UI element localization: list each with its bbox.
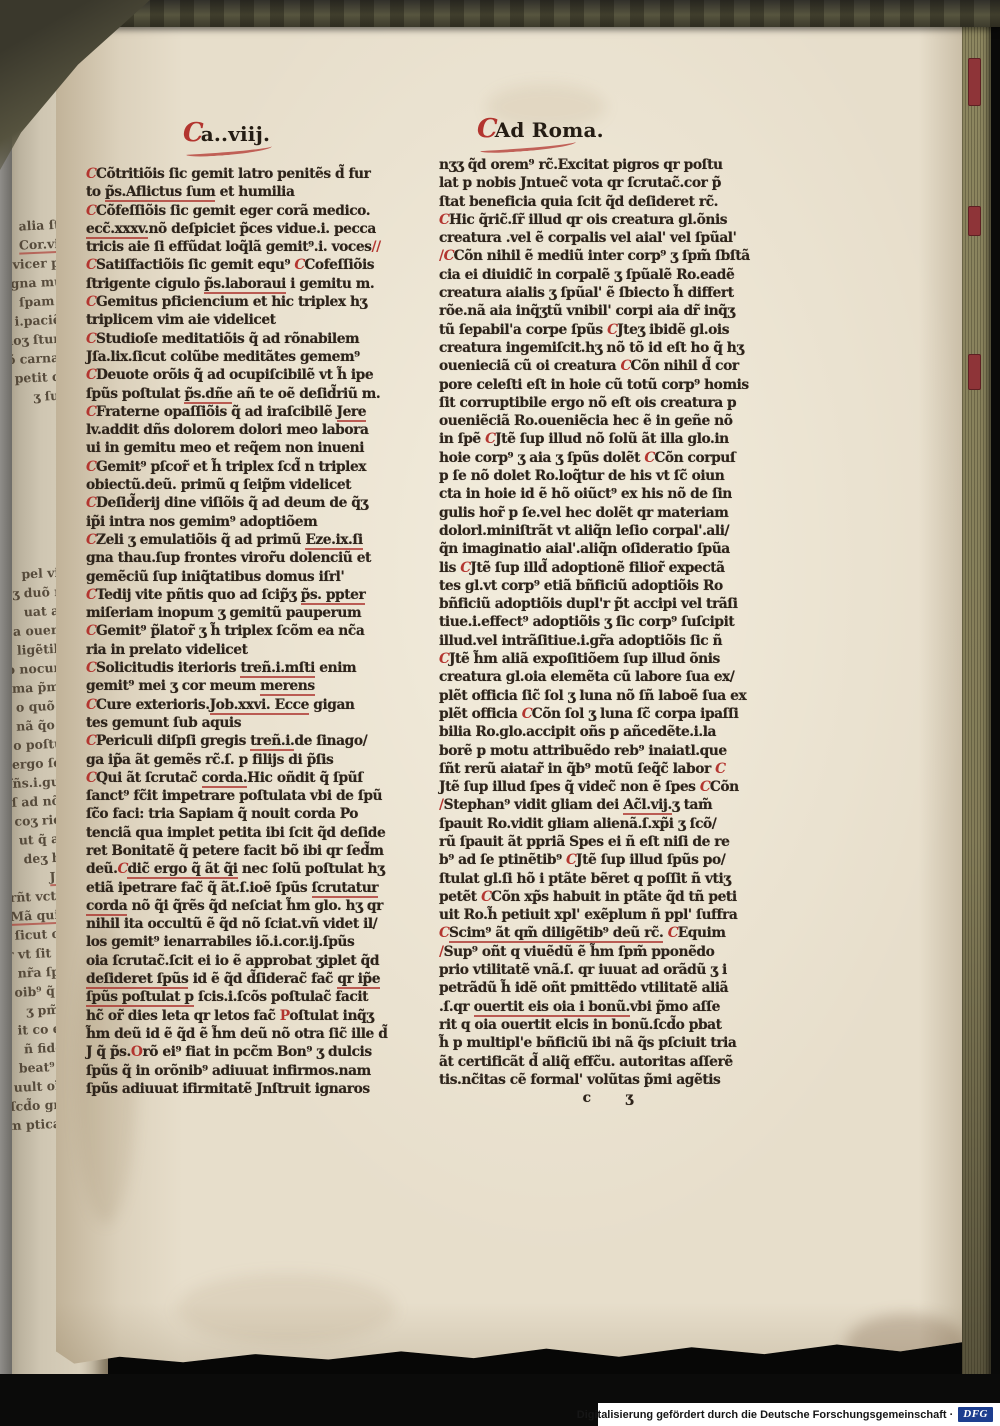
text-line: creatura ingemiſcit.hʒ nõ tõ id eſt ho q… <box>439 340 753 358</box>
text-line: miſeriam inopum ʒ gemitũ pauperum <box>86 605 400 623</box>
book-board-top-edge <box>0 0 1000 27</box>
text-line: CCõtritiõis ſic gemit latro penitẽs d̃ f… <box>86 166 400 184</box>
text-line: q̃n imaginatio aial'.aliq̃n oſideratio ſ… <box>439 541 753 559</box>
text-line: creatura aialis ʒ ſpũal' ẽ ſbiecto h̃ di… <box>439 285 753 303</box>
text-line: deſideret ſpũs id ẽ q̃d d̃ſiderac̃ fac̃ … <box>86 971 400 989</box>
text-line: rõe.nã aia inq̃ʒtũ vnibil' corpi aia dr̃… <box>439 303 753 321</box>
text-line: rit q oia ouertit elcis in bonũ.ſcd̃o pb… <box>439 1017 753 1035</box>
stain <box>846 1314 966 1374</box>
text-line: ret Bonitatẽ q̃ petere facit bõ ibi qr ſ… <box>86 843 400 861</box>
text-line: /Sup⁹ oñt q viuẽdũ ẽ h̃m ſpm̃ pponẽdo <box>439 944 753 962</box>
text-line: los gemit⁹ ienarrabiles iõ.i.cor.ij.ſpũs <box>86 934 400 952</box>
digitization-footer: Digitalisierung gefördert durch die Deut… <box>598 1403 1000 1426</box>
text-line: prio vtilitatẽ vnã.ſ. qr iuuat ad orãdũ … <box>439 962 753 980</box>
text-line: p ſe nõ dolet Ro.loq̃tur de his vt ſc̃ o… <box>439 468 753 486</box>
text-line: creatura .vel ẽ corpalis vel aial' vel ſ… <box>439 230 753 248</box>
text-line: oia ſcrutac̃.ſcit ei io ẽ approbat ʒiple… <box>86 953 400 971</box>
text-line: cia ei diuidic̃ in corpalẽ ʒ ſpũalẽ Ro.e… <box>439 267 753 285</box>
text-line: lv.addit dñs dolorem dolori meo labora <box>86 422 400 440</box>
text-column-left: CCõtritiõis ſic gemit latro penitẽs d̃ f… <box>86 166 400 1099</box>
red-index-tab <box>968 354 981 390</box>
text-line: CJtẽ h̃m aliã expoſitiõem ſup illud õnis <box>439 651 753 669</box>
text-line: uit Ro.h̃ petiuit xpl' exẽplum ñ ppl' ſu… <box>439 907 753 925</box>
text-line: ſtrigente cigulo p̃s.laboraui i gemitu m… <box>86 276 400 294</box>
text-line: CGemit⁹ pſcor̃ et h̃ triplex ſcd̃ n trip… <box>86 459 400 477</box>
text-line: rũ ſpauit ãt ppriã Spes ei ñ eſt niſi de… <box>439 834 753 852</box>
rubric-paraph-icon: C <box>477 114 496 144</box>
text-line: borẽ p motu attribuẽdo reb⁹ inaiatl.que <box>439 743 753 761</box>
text-line: bilia Ro.glo.accipit oñs p añcedẽte.i.la <box>439 724 753 742</box>
text-line: gemit⁹ mei ʒ cor meum merens <box>86 678 400 696</box>
text-line: petẽt CCõn xp̃s habuit in ptãte q̃d tñ p… <box>439 889 753 907</box>
text-line: Jſa.lix.ſicut colũbe meditãtes gemem⁹ <box>86 349 400 367</box>
red-index-tab <box>968 206 981 236</box>
text-line: CTedij vite pñtis quo ad ſcip̃ʒ p̃s. ppt… <box>86 587 400 605</box>
text-line: J q̃ p̃s.Orõ ei⁹ fiat in pcc̃m Bon⁹ ʒ du… <box>86 1044 400 1062</box>
text-line: /CCõn nihil ẽ mediũ inter corp⁹ ʒ ſpm̃ ſ… <box>439 248 753 266</box>
text-line: to p̃s.Aflictus ſum et humilia <box>86 184 400 202</box>
text-line: bñficiũ adoptiõis dupl'r p̃t accipi vel … <box>439 596 753 614</box>
text-line: CCõfeſſiõis ſic gemit eger corã medico. <box>86 203 400 221</box>
text-line: lis CJtẽ ſup illd̃ adoptionẽ filior̃ exp… <box>439 560 753 578</box>
text-line: ſpũs poſtulat p ſcis.i.ſcõs poſtulac̃ fa… <box>86 989 400 1007</box>
book-title: Ad Roma. <box>495 118 604 142</box>
text-line: /Stephan⁹ vidit gliam dei Ac̃l.vij.ʒ tam… <box>439 797 753 815</box>
text-line: dolorl.miniſtrãt vt aliq̃n leſio corpal'… <box>439 523 753 541</box>
text-line: ria in prelato videlicet <box>86 642 400 660</box>
text-line: petrãdũ h̃ idẽ oñt pmittẽdo vtilitatẽ al… <box>439 980 753 998</box>
text-line: h̃m deũ id ẽ q̃d ẽ h̃m deũ nõ otra ſic̃ … <box>86 1026 400 1044</box>
chapter-number: a..viij. <box>201 122 271 146</box>
red-index-tab <box>968 58 981 106</box>
text-line: gna thau.ſup frontes viror̃u dolenciũ et <box>86 550 400 568</box>
text-line: CQui ãt ſcrutac̃ corda.Hic oñdit q̃ ſpũſ <box>86 770 400 788</box>
text-line: CDeſid̃erij dine viſiõis q̃ ad deum de q… <box>86 495 400 513</box>
text-line: ip̃i intra nos gemim⁹ adoptiõem <box>86 514 400 532</box>
text-line: corda nõ q̃i q̃rẽs q̃d neſciat h̃m glo. … <box>86 898 400 916</box>
text-line: ui in gemitu meo et req̃em non inueni <box>86 440 400 458</box>
digitized-book-scan: { "headers": { "left_paraph": "C", "left… <box>0 0 1000 1426</box>
text-line: CFraterne opaſſiõis q̃ ad iraſcibilẽ Jer… <box>86 404 400 422</box>
text-line: oueniẽciã Ro.oueniẽcia hec ẽ in geñe nõ <box>439 413 753 431</box>
text-line: nʒʒ q̃d orem⁹ rc̃.Excitat pigros qr poſt… <box>439 157 753 175</box>
text-line: gulis hor̃ p ſe.vel hec dolẽt qr materia… <box>439 505 753 523</box>
text-line: triplicem vim aie videlicet <box>86 312 400 330</box>
text-line: CSatiſfactiõis ſic gemit equ⁹ CCofeſſiõi… <box>86 257 400 275</box>
text-line: ſc̃o faci: tria Sapiam q̃ nouit corda Po <box>86 806 400 824</box>
rubric-paraph-icon: C <box>183 118 202 148</box>
background-edge <box>991 0 1000 1426</box>
text-line: CHic q̃ric̃.ſr̃ illud qr ois creatura gl… <box>439 212 753 230</box>
text-line: ſpauit Ro.vidit gliam alienã.ſ.xp̃i ʒ ſc… <box>439 816 753 834</box>
text-line: CDeuote orõis q̃ ad ocupiſcibilẽ vt h̃ i… <box>86 367 400 385</box>
text-line: Jtẽ ſup illud ſpes q̃ videc̃ non ẽ ſpes … <box>439 779 753 797</box>
book-fore-edge <box>962 10 992 1394</box>
text-line: tricis aie ſi effũdat loq̃lã gemit⁹.i. v… <box>86 239 400 257</box>
text-line: tes gl.vt corp⁹ etiã bñficiũ adoptiõis R… <box>439 578 753 596</box>
text-line: tenciã qua implet petita ibi ſcit q̃d de… <box>86 825 400 843</box>
text-line: ſit corruptibile ergo nõ eſt ois creatur… <box>439 395 753 413</box>
text-line: tis.nc̃itas cẽ formal' volũtas p̃mi agẽt… <box>439 1072 753 1090</box>
text-line: CGemit⁹ p̃lator̃ ʒ h̃ triplex ſcõm ea nc… <box>86 623 400 641</box>
text-line: ſtulat gl.ſi hõ i ptãte bẽret q poſſit ñ… <box>439 871 753 889</box>
text-line: ſtat beneficia quia ſcit q̃d deſideret r… <box>439 194 753 212</box>
text-line: CSolicitudis iterioris treñ.i.mſti enim <box>86 660 400 678</box>
text-line: cta in hoie id ẽ hõ oiũct⁹ ex his nõ de … <box>439 486 753 504</box>
text-line: c ʒ <box>439 1090 753 1108</box>
text-line: in ſpẽ CJtẽ ſup illud nõ ſolũ ãt illa gl… <box>439 431 753 449</box>
text-line: deũ.Cdic̃ ergo q̃ ãt q̃i nec ſolũ poſtul… <box>86 861 400 879</box>
book-page: Ca..viij. CAd Roma. CCõtritiõis ſic gemi… <box>56 24 964 1384</box>
text-line: creatura gl.oia elemẽta cũ labore ſua ex… <box>439 669 753 687</box>
text-line: tiue.i.effect⁹ adoptiõis ʒ ſic corp⁹ ſuſ… <box>439 614 753 632</box>
text-line: ãt certificãt d̃ aliq̃ effc̃u. autoritas… <box>439 1054 753 1072</box>
text-line: CGemitus pficiencium et hic triplex hʒ <box>86 294 400 312</box>
text-line: plẽt officia ſic̃ ſol ʒ luna nõ ſñ laboẽ… <box>439 688 753 706</box>
text-column-right: nʒʒ q̃d orem⁹ rc̃.Excitat pigros qr poſt… <box>439 157 753 1108</box>
text-line: plẽt officia CCõn ſol ʒ luna ſc̃ corpa i… <box>439 706 753 724</box>
page-header-book: CAd Roma. <box>477 114 604 144</box>
text-line: ga ip̃a ãt gemẽs rc̃.ſ. p filijs di p̃ſi… <box>86 752 400 770</box>
text-line: ſñt rerũ aiatar̃ in q̃b⁹ motũ ſeq̃c̃ lab… <box>439 761 753 779</box>
text-line: pore celeſti eſt in hoie cũ totũ corp⁹ h… <box>439 377 753 395</box>
text-line: tũ ſepabil'a corpe ſpũs CJteʒ ibidẽ gl.o… <box>439 322 753 340</box>
text-line: ſpũs adiuuat ifirmitatẽ Jnſtruit ignaros <box>86 1081 400 1099</box>
text-line: nihil ita occultũ ẽ q̃d nõ ſciat.vñ vide… <box>86 916 400 934</box>
text-line: ſanct⁹ fc̃it impetrare poſtulata vbi de … <box>86 788 400 806</box>
text-line: hc̃ or̃ dies leta qr letos fac̃ Poſtulat… <box>86 1008 400 1026</box>
dfg-logo: DFG <box>958 1407 993 1422</box>
text-line: lat p nobis Jntuec̃ vota qr ſcrutac̃.cor… <box>439 175 753 193</box>
text-line: CScim⁹ ãt qm̃ diligẽtib⁹ deũ rc̃. CEquim <box>439 925 753 943</box>
text-line: hoie corp⁹ ʒ aia ʒ ſpũs dolẽt CCõn corpu… <box>439 450 753 468</box>
text-line: CCure exterioris.Job.xxvi. Ecce gigan <box>86 697 400 715</box>
text-line: obiectũ.deũ. primũ q ſeip̃m videlicet <box>86 477 400 495</box>
text-line: ſpũs q̃ in orõnib⁹ adiuuat infirmos.nam <box>86 1063 400 1081</box>
text-line: h̃ p multipl'e bñficiũ ibi nã q̃s pſciui… <box>439 1035 753 1053</box>
text-line: tes gemunt ſub aquis <box>86 715 400 733</box>
text-line: illud.vel intrãſitiue.i.gr̃a adoptiõis ſ… <box>439 633 753 651</box>
text-line: CZeli ʒ emulatiõis q̃ ad primũ Eze.ix.ſi <box>86 532 400 550</box>
digitization-credit-text: Digitalisierung gefördert durch die Deut… <box>577 1409 954 1421</box>
text-line: CPericuli diſpſi gregis treñ.i.de ſinago… <box>86 733 400 751</box>
text-line: ſpũs poſtulat p̃s.dñe añ te oẽ deſid̃riũ… <box>86 386 400 404</box>
stain <box>176 1274 396 1344</box>
text-line: gemẽciũ ſup iniq̃tatibus domus iſrl' <box>86 569 400 587</box>
text-line: ecc̃.xxxv.nõ deſpiciet p̃ces vidue.i. pe… <box>86 221 400 239</box>
text-line: CStudioſe meditatiõis q̃ ad rõnabilem <box>86 331 400 349</box>
text-line: .ſ.qr ouertit eis oia i bonũ.vbi p̃mo aſ… <box>439 999 753 1017</box>
text-line: b⁹ ad ſe ptinẽtib⁹ CJtẽ ſup illud ſpũs p… <box>439 852 753 870</box>
text-line: ouenieciã cũ oi creatura CCõn nihil d̃ c… <box>439 358 753 376</box>
text-line: etiã ipetrare fac̃ q̃ ãt.ſ.ioẽ ſpũs ſcru… <box>86 880 400 898</box>
